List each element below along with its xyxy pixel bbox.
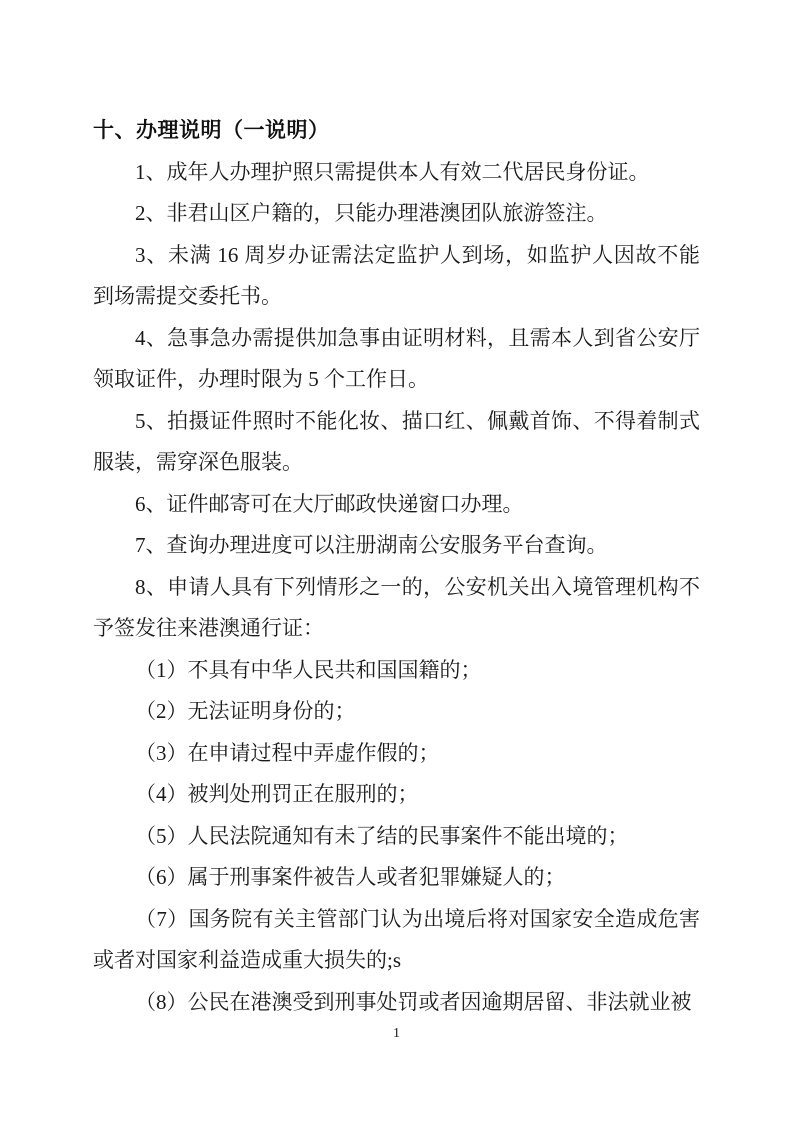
paragraph: （3）在申请过程中弄虚作假的； (93, 733, 700, 775)
paragraph: 8、申请人具有下列情形之一的，公安机关出入境管理机构不予签发往来港澳通行证： (93, 567, 700, 650)
paragraph: （5）人民法院通知有未了结的民事案件不能出境的； (93, 816, 700, 858)
paragraph: （1）不具有中华人民共和国国籍的； (93, 650, 700, 692)
paragraph: 3、未满 16 周岁办证需法定监护人到场，如监护人因故不能到场需提交委托书。 (93, 235, 700, 318)
paragraph: （8）公民在港澳受到刑事处罚或者因逾期居留、非法就业被 (93, 982, 700, 1024)
paragraph: 1、成年人办理护照只需提供本人有效二代居民身份证。 (93, 152, 700, 194)
paragraph: 6、证件邮寄可在大厅邮政快递窗口办理。 (93, 484, 700, 526)
section-title: 十、办理说明（一说明） (93, 110, 700, 152)
paragraph: 4、急事急办需提供加急事由证明材料，且需本人到省公安厅领取证件，办理时限为 5 … (93, 318, 700, 401)
paragraph: （2）无法证明身份的； (93, 691, 700, 733)
page-number: 1 (0, 1024, 793, 1044)
paragraph: 5、拍摄证件照时不能化妆、描口红、佩戴首饰、不得着制式服装，需穿深色服装。 (93, 401, 700, 484)
document-body: 1、成年人办理护照只需提供本人有效二代居民身份证。2、非君山区户籍的，只能办理港… (93, 152, 700, 1024)
paragraph: 2、非君山区户籍的，只能办理港澳团队旅游签注。 (93, 193, 700, 235)
paragraph: （6）属于刑事案件被告人或者犯罪嫌疑人的； (93, 857, 700, 899)
paragraph: （4）被判处刑罚正在服刑的； (93, 774, 700, 816)
document-page: 十、办理说明（一说明） 1、成年人办理护照只需提供本人有效二代居民身份证。2、非… (0, 0, 793, 1122)
paragraph: （7）国务院有关主管部门认为出境后将对国家安全造成危害或者对国家利益造成重大损失… (93, 899, 700, 982)
paragraph: 7、查询办理进度可以注册湖南公安服务平台查询。 (93, 525, 700, 567)
